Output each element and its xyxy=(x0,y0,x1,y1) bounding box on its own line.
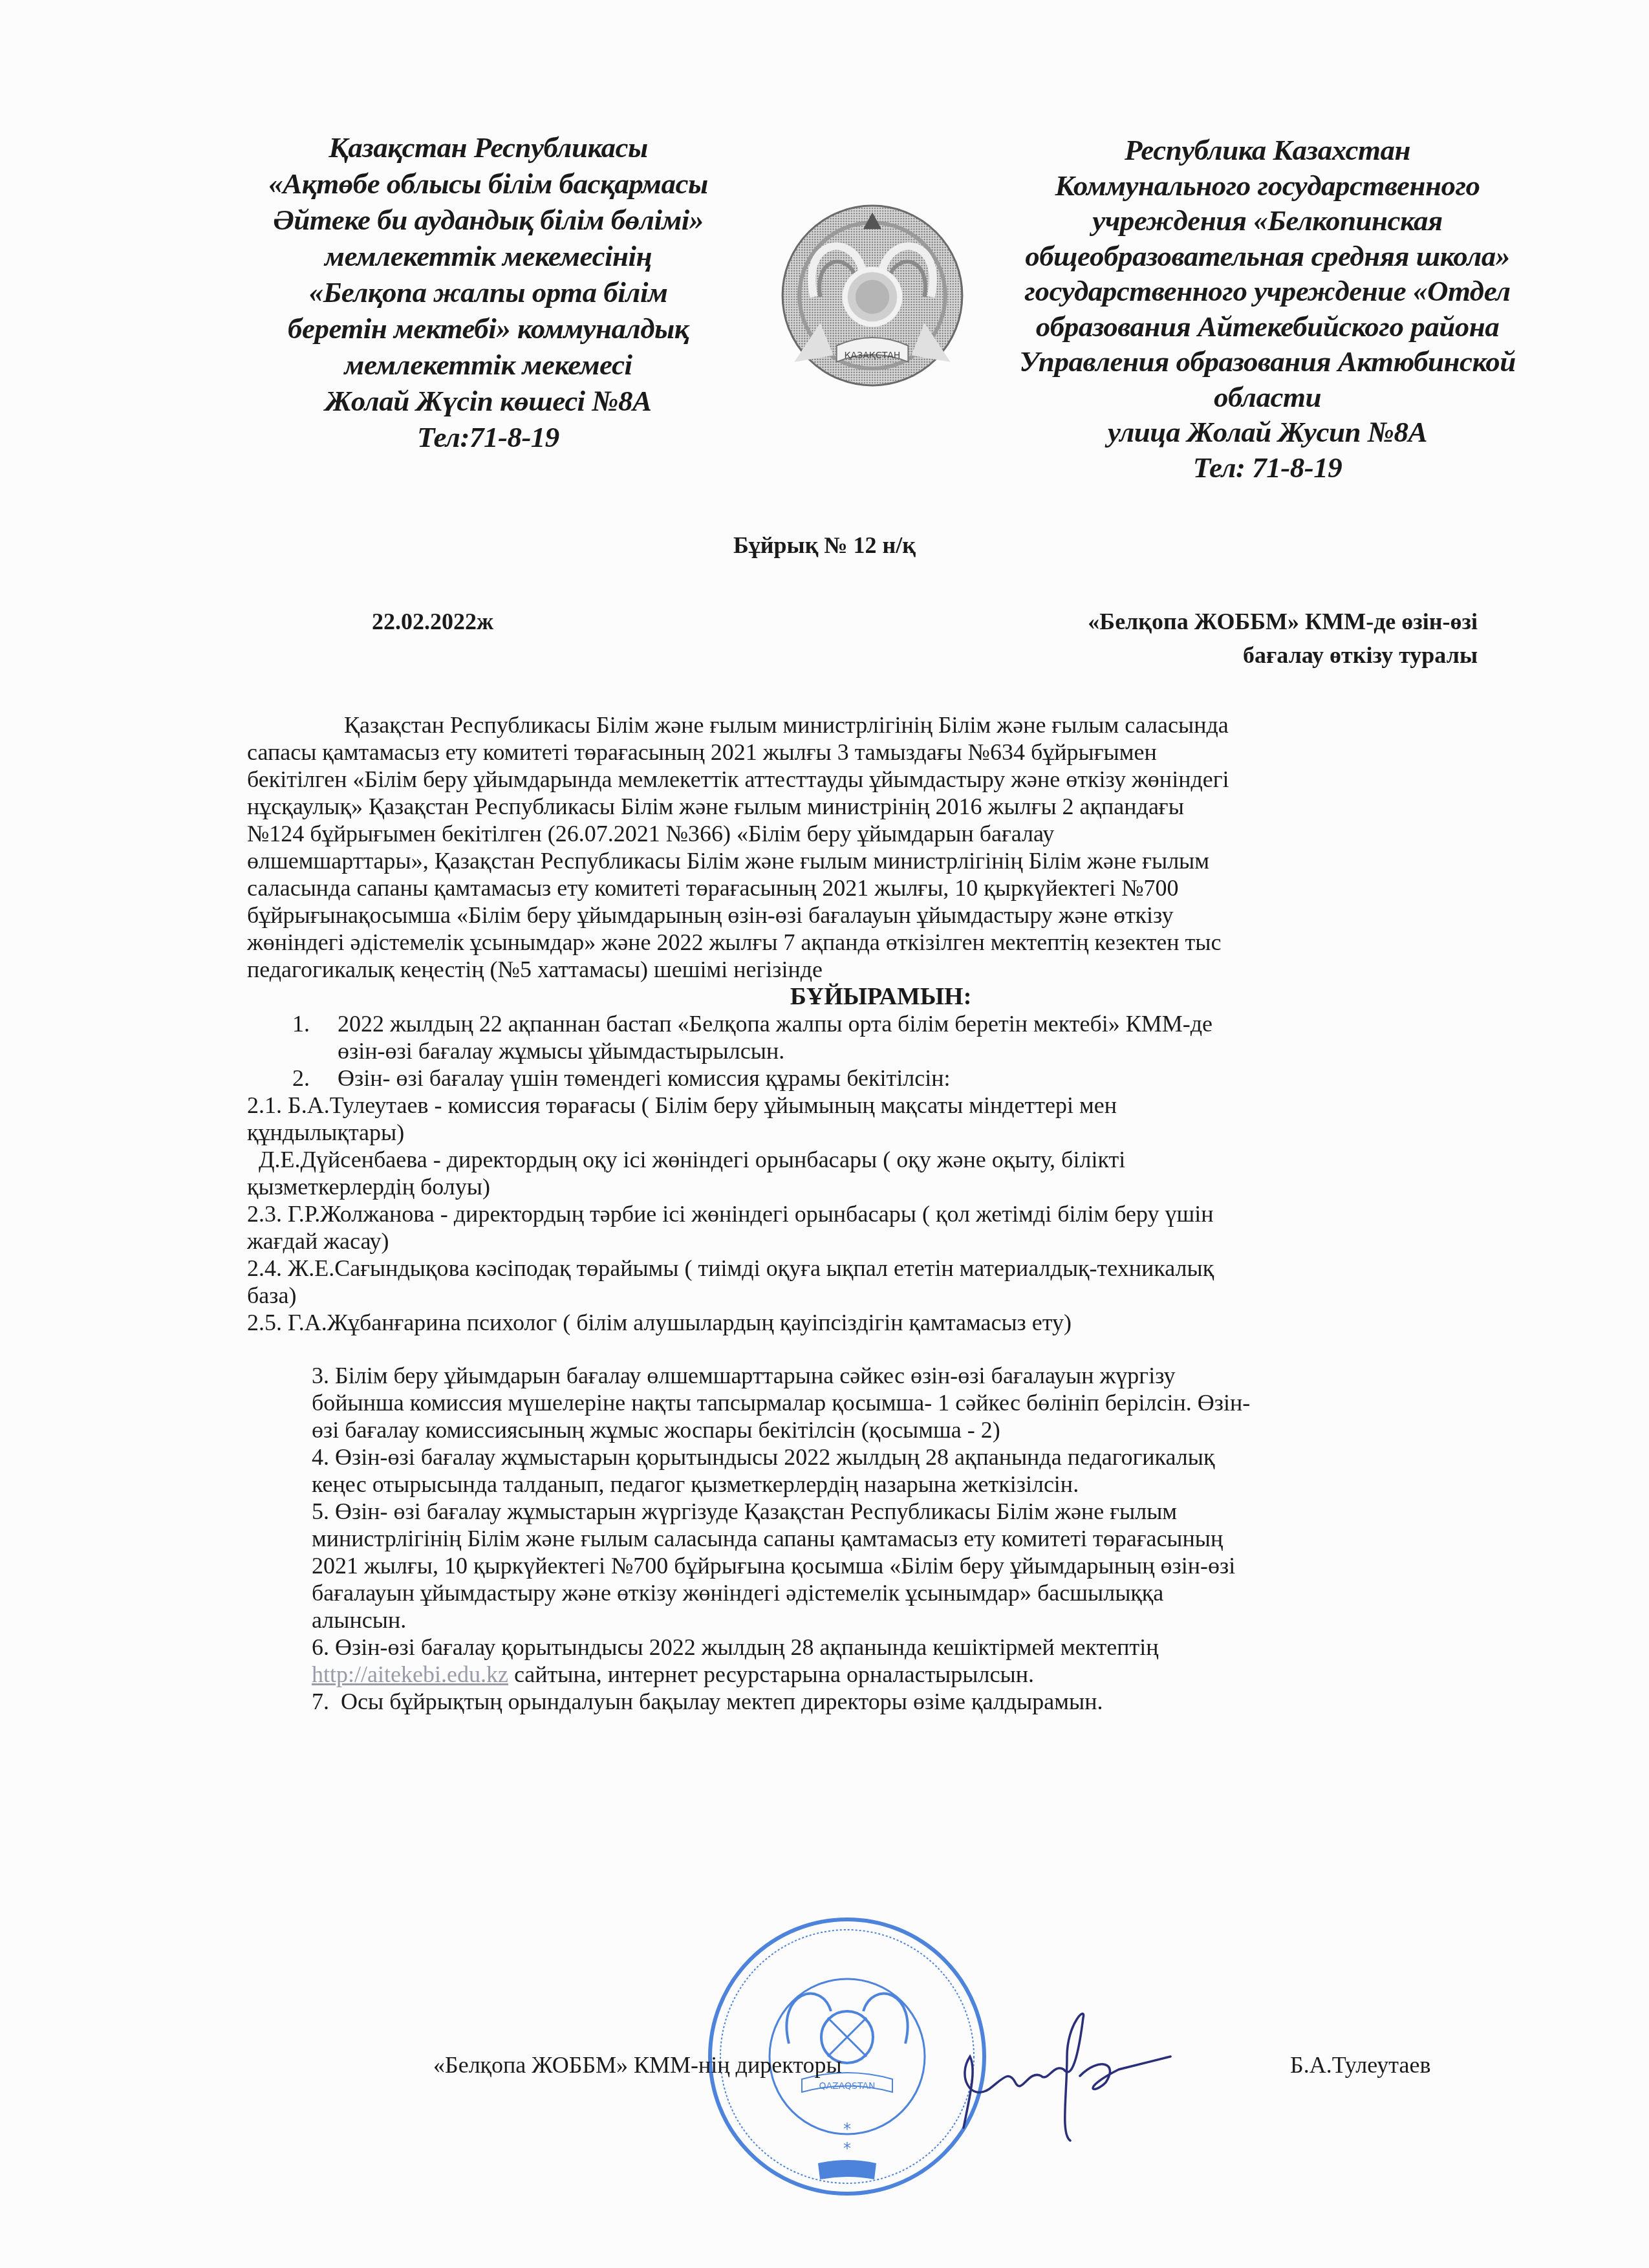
header-kz-line: мемлекеттік мекемесі xyxy=(213,347,763,383)
commission-member-cont: құндылықтары) xyxy=(247,1119,1514,1146)
header-ru-line: Республика Казахстан xyxy=(976,133,1558,168)
preamble-line: өлшемшарттары», Қазақстан Республикасы Б… xyxy=(247,847,1514,874)
header-ru-line: области xyxy=(976,380,1558,415)
order-item-4: 4. Өзін-өзі бағалау жұмыстарын қорытынды… xyxy=(247,1443,1514,1471)
svg-text:*: * xyxy=(843,2139,851,2157)
signatory-name: Б.А.Тулеутаев xyxy=(1290,2051,1430,2079)
header-ru-line: образования Айтекебийского района xyxy=(976,309,1558,345)
document-page: Қазақстан Республикасы «Ақтөбе облысы бі… xyxy=(0,0,1649,2268)
school-website-link[interactable]: http://aitekebi.edu.kz xyxy=(312,1661,508,1687)
order-item-3-cont: өзі бағалау комиссиясының жұмыс жоспары … xyxy=(247,1416,1514,1443)
header-ru-line: общеобразовательная средняя школа» xyxy=(976,239,1558,274)
order-subject: «Белқопа ЖОББМ» КММ-де өзін-өзі бағалау … xyxy=(1088,605,1478,672)
order-item-1: 1.2022 жылдың 22 ақпаннан бастап «Белқоп… xyxy=(247,1010,1514,1037)
header-kz-line: Жолай Жүсіп көшесі №8А xyxy=(213,383,763,419)
list-number: 1. xyxy=(292,1010,338,1037)
preamble-line: бұйрығынақосымша «Білім беру ұйымдарының… xyxy=(247,902,1514,929)
order-item-6: 6. Өзін-өзі бағалау қорытындысы 2022 жыл… xyxy=(247,1634,1514,1661)
order-item-5-cont: министрлігінің Білім және ғылым саласынд… xyxy=(247,1525,1514,1552)
order-subject-line: «Белқопа ЖОББМ» КММ-де өзін-өзі xyxy=(1088,605,1478,638)
order-item-5-cont: бағалауын ұйымдастыру және өткізу жөнінд… xyxy=(247,1579,1514,1606)
commission-member: 2.5. Г.А.Жұбанғарина психолог ( білім ал… xyxy=(247,1309,1514,1336)
header-ru-line: учреждения «Белкопинская xyxy=(976,203,1558,239)
header-ru-line: Тел: 71-8-19 xyxy=(976,450,1558,486)
order-item-5-cont: 2021 жылғы, 10 қыркүйектегі №700 бұйрығы… xyxy=(247,1552,1514,1579)
order-item-1-cont: өзін-өзі бағалау жұмысы ұйымдастырылсын. xyxy=(247,1037,1514,1064)
commission-member-cont: жағдай жасау) xyxy=(247,1227,1514,1255)
item-text: Өзін- өзі бағалау үшін төмендегі комисси… xyxy=(338,1065,950,1091)
commission-member: 2.3. Г.Р.Жолжанова - директордың тәрбие … xyxy=(247,1200,1514,1227)
header-kz-line: «Белқопа жалпы орта білім xyxy=(213,274,763,310)
header-russian-block: Республика Казахстан Коммунального госуд… xyxy=(976,133,1558,485)
signatory-position: «Белқопа ЖОББМ» КММ-нің директоры xyxy=(433,2051,842,2079)
order-item-4-cont: кеңес отырысында талданып, педагог қызме… xyxy=(247,1471,1514,1498)
order-item-3-cont: бойынша комиссия мүшелеріне нақты тапсыр… xyxy=(247,1389,1514,1416)
order-date: 22.02.2022ж xyxy=(372,608,493,635)
order-body: Қазақстан Республикасы Білім және ғылым … xyxy=(247,711,1514,1715)
commission-member: Д.Е.Дүйсенбаева - директордың оқу ісі жө… xyxy=(247,1146,1514,1173)
order-item-6-cont: http://aitekebi.edu.kz сайтына, интернет… xyxy=(247,1661,1514,1688)
order-item-3: 3. Білім беру ұйымдарын бағалау өлшемшар… xyxy=(247,1362,1514,1389)
preamble-line: сапасы қамтамасыз ету комитеті төрағасын… xyxy=(247,739,1514,766)
preamble-line: жөніндегі әдістемелік ұсынымдар» және 20… xyxy=(247,929,1514,956)
handwritten-signature-icon xyxy=(951,2005,1183,2147)
header-kz-line: Қазақстан Республикасы xyxy=(213,129,763,166)
order-item-7: 7. Осы бұйрықтың орындалуын бақылау мект… xyxy=(247,1688,1514,1715)
commission-member: 2.1. Б.А.Тулеутаев - комиссия төрағасы (… xyxy=(247,1092,1514,1119)
header-ru-line: Коммунального государственного xyxy=(976,168,1558,204)
commission-member-cont: қызметкерлердің болуы) xyxy=(247,1173,1514,1200)
svg-text:*: * xyxy=(843,2120,851,2138)
svg-text:ҚАЗАҚСТАН: ҚАЗАҚСТАН xyxy=(845,351,901,361)
header-kz-line: мемлекеттік мекемесінің xyxy=(213,238,763,274)
preamble-line: Қазақстан Республикасы Білім және ғылым … xyxy=(247,711,1514,739)
preamble-line: нұсқаулық» Қазақстан Республикасы Білім … xyxy=(247,793,1514,820)
header-ru-line: Управления образования Актюбинской xyxy=(976,344,1558,380)
spacer xyxy=(247,1336,1514,1362)
order-item-5: 5. Өзін- өзі бағалау жұмыстарын жүргізуд… xyxy=(247,1498,1514,1525)
header-ru-line: государственного учреждение «Отдел xyxy=(976,274,1558,309)
preamble-line: саласында сапаны қамтамасыз ету комитеті… xyxy=(247,874,1514,902)
order-item-5-cont: алынсын. xyxy=(247,1606,1514,1634)
header-kz-line: Әйтеке би аудандық білім бөлімі» xyxy=(213,202,763,238)
command-heading: БҰЙЫРАМЫН: xyxy=(247,983,1514,1010)
header-ru-line: улица Жолай Жусип №8А xyxy=(976,415,1558,450)
preamble-line: педагогикалық кеңестің (№5 хаттамасы) ше… xyxy=(247,956,1514,983)
item-text: 2022 жылдың 22 ақпаннан бастап «Белқопа … xyxy=(338,1011,1212,1037)
state-emblem-icon: ҚАЗАҚСТАН xyxy=(775,199,970,394)
header-kazakh-block: Қазақстан Республикасы «Ақтөбе облысы бі… xyxy=(213,129,763,455)
order-item-2: 2.Өзін- өзі бағалау үшін төмендегі комис… xyxy=(247,1064,1514,1092)
header-kz-line: «Ақтөбе облысы білім басқармасы xyxy=(213,166,763,202)
list-number: 2. xyxy=(292,1064,338,1092)
preamble-line: бекітілген «Білім беру ұйымдарында мемле… xyxy=(247,766,1514,793)
svg-text:QAZAQSTAN: QAZAQSTAN xyxy=(819,2081,876,2091)
header-kz-line: беретін мектебі» коммуналдық xyxy=(213,310,763,347)
preamble-line: №124 бұйрығымен бекітілген (26.07.2021 №… xyxy=(247,820,1514,847)
header-kz-line: Тел:71-8-19 xyxy=(213,419,763,455)
commission-member: 2.4. Ж.Е.Сағындықова кәсіподақ төрайымы … xyxy=(247,1255,1514,1282)
commission-member-cont: база) xyxy=(247,1282,1514,1309)
order-subject-line: бағалау өткізу туралы xyxy=(1088,638,1478,672)
order-title: Бұйрық № 12 н/қ xyxy=(0,532,1649,559)
item-text: сайтына, интернет ресурстарына орналасты… xyxy=(508,1661,1034,1687)
